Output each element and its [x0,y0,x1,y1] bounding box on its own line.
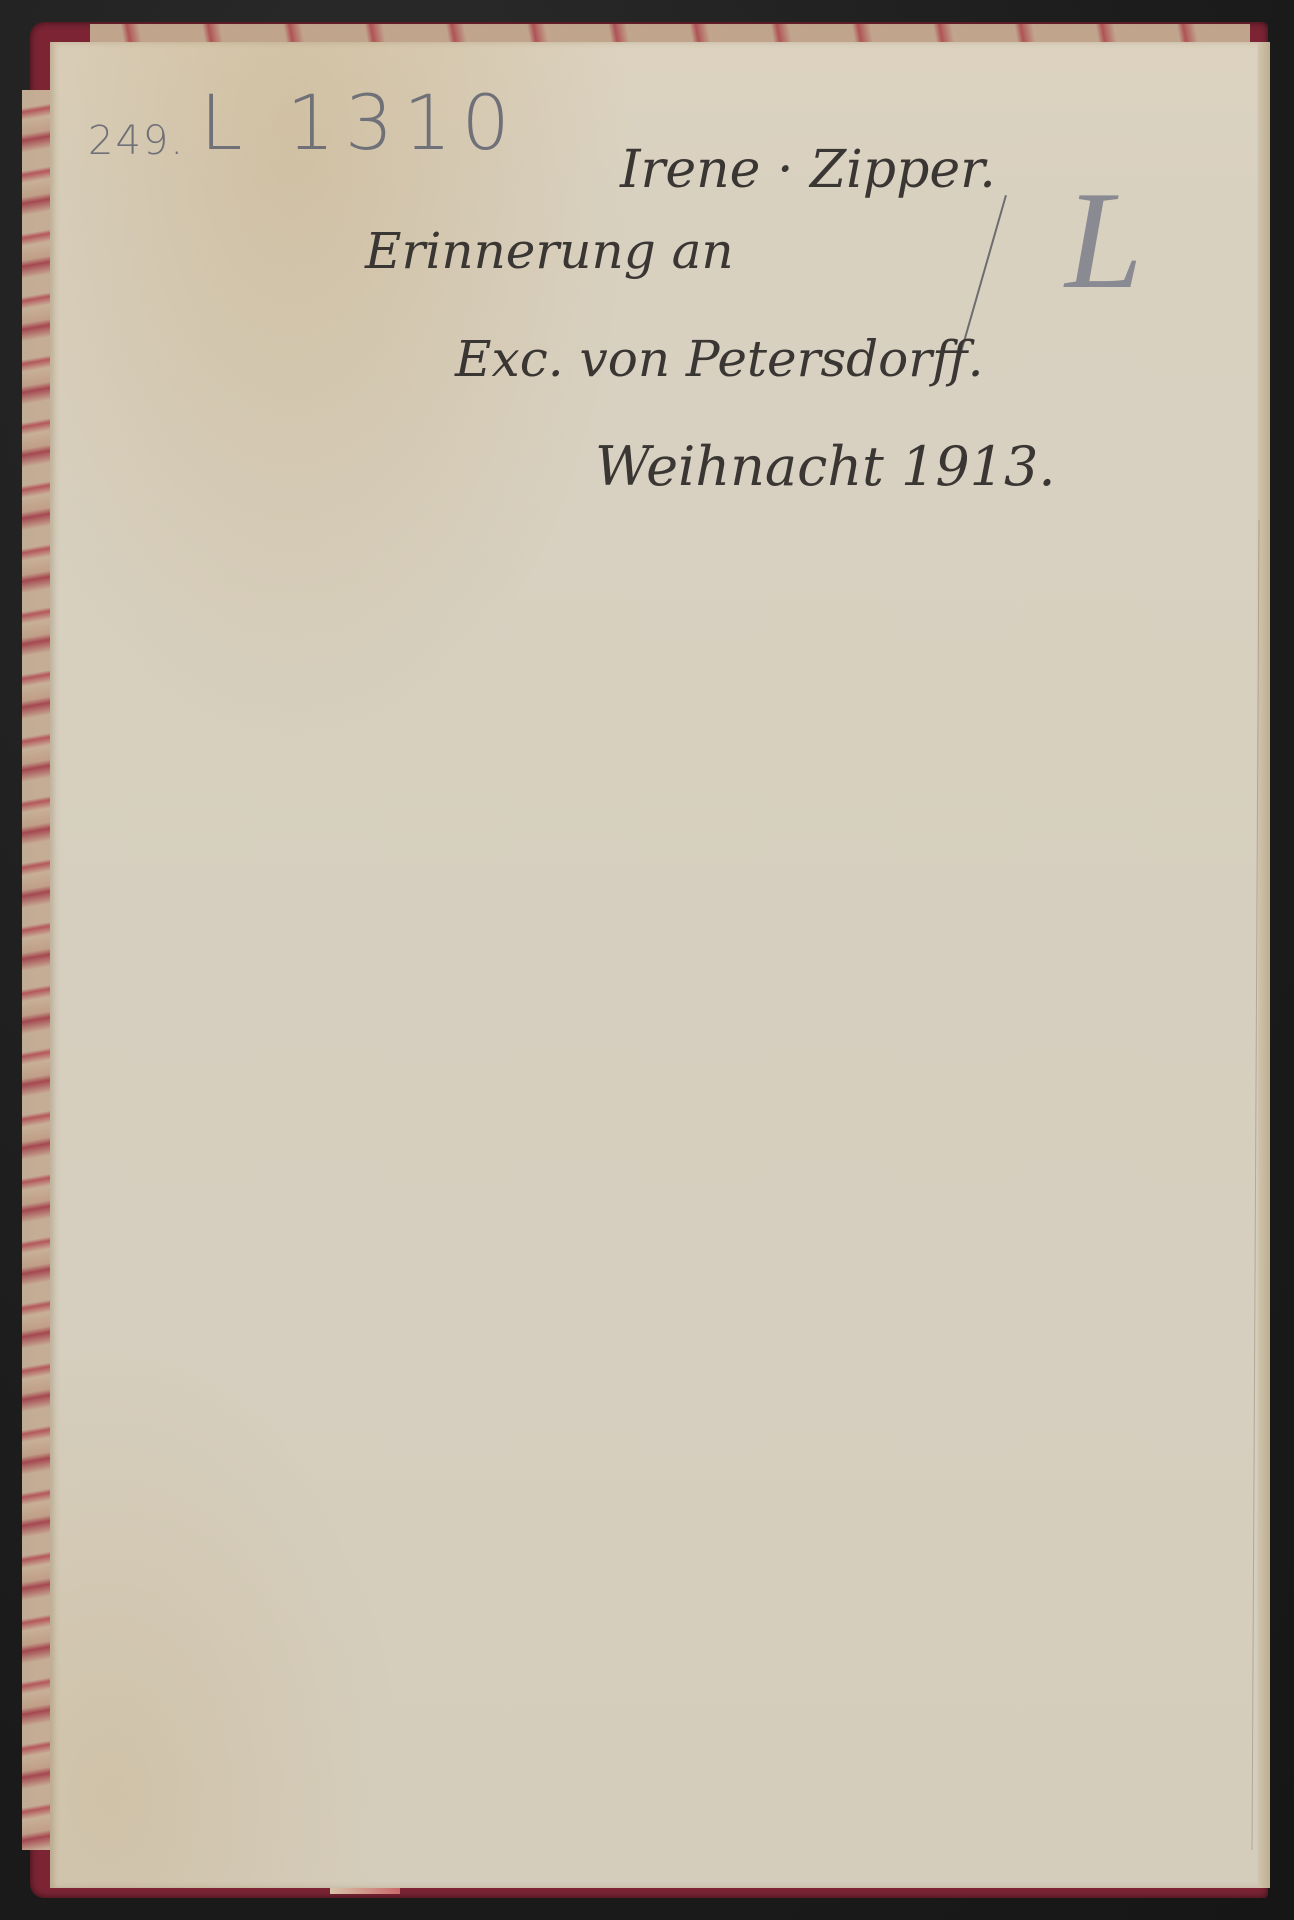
page-edge [1258,42,1270,1888]
shelfmark-number: L 1310 [200,78,520,167]
inscription-date: Weihnacht 1913. [595,435,1056,498]
inscription-name: Irene · Zipper. [620,140,996,200]
pencil-l-mark: L [1065,160,1143,321]
marbled-endpaper-left [22,90,50,1850]
shelfmark-prefix: 249. [88,118,185,164]
inscription-person: Exc. von Petersdorff. [455,330,984,388]
inscription-memory: Erinnerung an [365,222,734,280]
